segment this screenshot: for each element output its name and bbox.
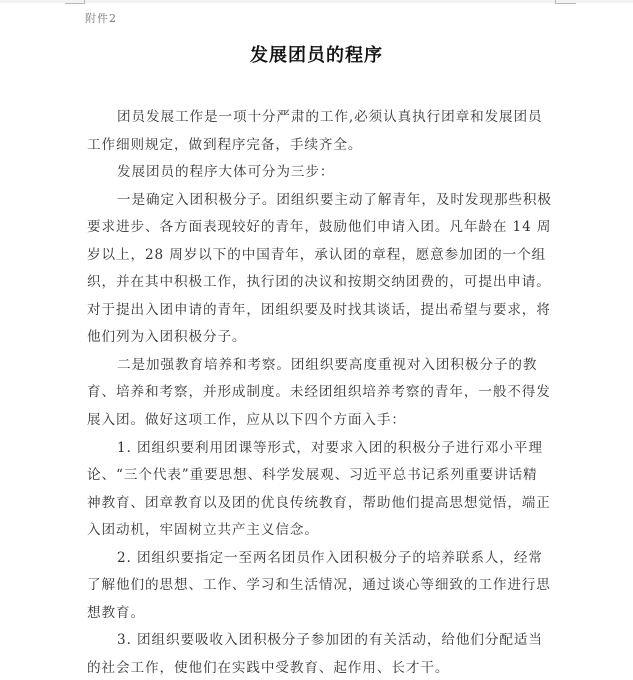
text-line: 发展团员的程序大体可分为三步：: [87, 159, 557, 187]
text-line: 2. 团组织要指定一至两名团员作入团积极分子的培养联系人，经常: [87, 545, 557, 573]
text-line: 了解他们的思想、工作、学习和生活情况，通过谈心等细致的工作进行思: [87, 572, 557, 600]
attachment-label: 附件2: [85, 10, 117, 26]
text-line: 织，并在其中积极工作，执行团的决议和按期交纳团费的，可提出申请。: [87, 269, 557, 297]
text-line: 要求进步、各方面表现较好的青年，鼓励他们申请入团。凡年龄在 14 周: [87, 214, 557, 242]
text-line: 神教育、团章教育以及团的优良传统教育，帮助他们提高思想觉悟，端正: [87, 490, 557, 518]
text-line: 论、“三个代表”重要思想、科学发展观、习近平总书记系列重要讲话精: [87, 462, 557, 490]
text-line: 1. 团组织要利用团课等形式，对要求入团的积极分子进行邓小平理: [87, 435, 557, 463]
page-top-edge: [0, 0, 633, 3]
text-line: 工作细则规定，做到程序完备，手续齐全。: [87, 132, 557, 160]
text-line: 二是加强教育培养和考察。团组织要高度重视对入团积极分子的教: [87, 352, 557, 380]
text-line: 展入团。做好这项工作，应从以下四个方面入手：: [87, 407, 557, 435]
text-line: 一是确定入团积极分子。团组织要主动了解青年，及时发现那些积极: [87, 187, 557, 215]
text-line: 对于提出入团申请的青年，团组织要及时找其谈话，提出希望与要求，将: [87, 297, 557, 325]
margin-corner-mark-right: [555, 0, 576, 4]
text-line: 团员发展工作是一项十分严肃的工作,必须认真执行团章和发展团员: [87, 104, 557, 132]
text-line: 的社会工作，使他们在实践中受教育、起作用、长才干。: [87, 655, 557, 680]
document-title: 发展团员的程序: [0, 41, 633, 67]
text-line: 3. 团组织要吸收入团积极分子参加团的有关活动，给他们分配适当: [87, 627, 557, 655]
margin-corner-mark-left: [65, 0, 85, 4]
text-line: 想教育。: [87, 600, 557, 628]
text-line: 入团动机，牢固树立共产主义信念。: [87, 517, 557, 545]
text-line: 他们列为入团积极分子。: [87, 324, 557, 352]
text-line: 育、培养和考察，并形成制度。未经团组织培养考察的青年，一般不得发: [87, 379, 557, 407]
text-line: 岁以上，28 周岁以下的中国青年，承认团的章程，愿意参加团的一个组: [87, 242, 557, 270]
document-body: 团员发展工作是一项十分严肃的工作,必须认真执行团章和发展团员 工作细则规定，做到…: [87, 104, 557, 680]
